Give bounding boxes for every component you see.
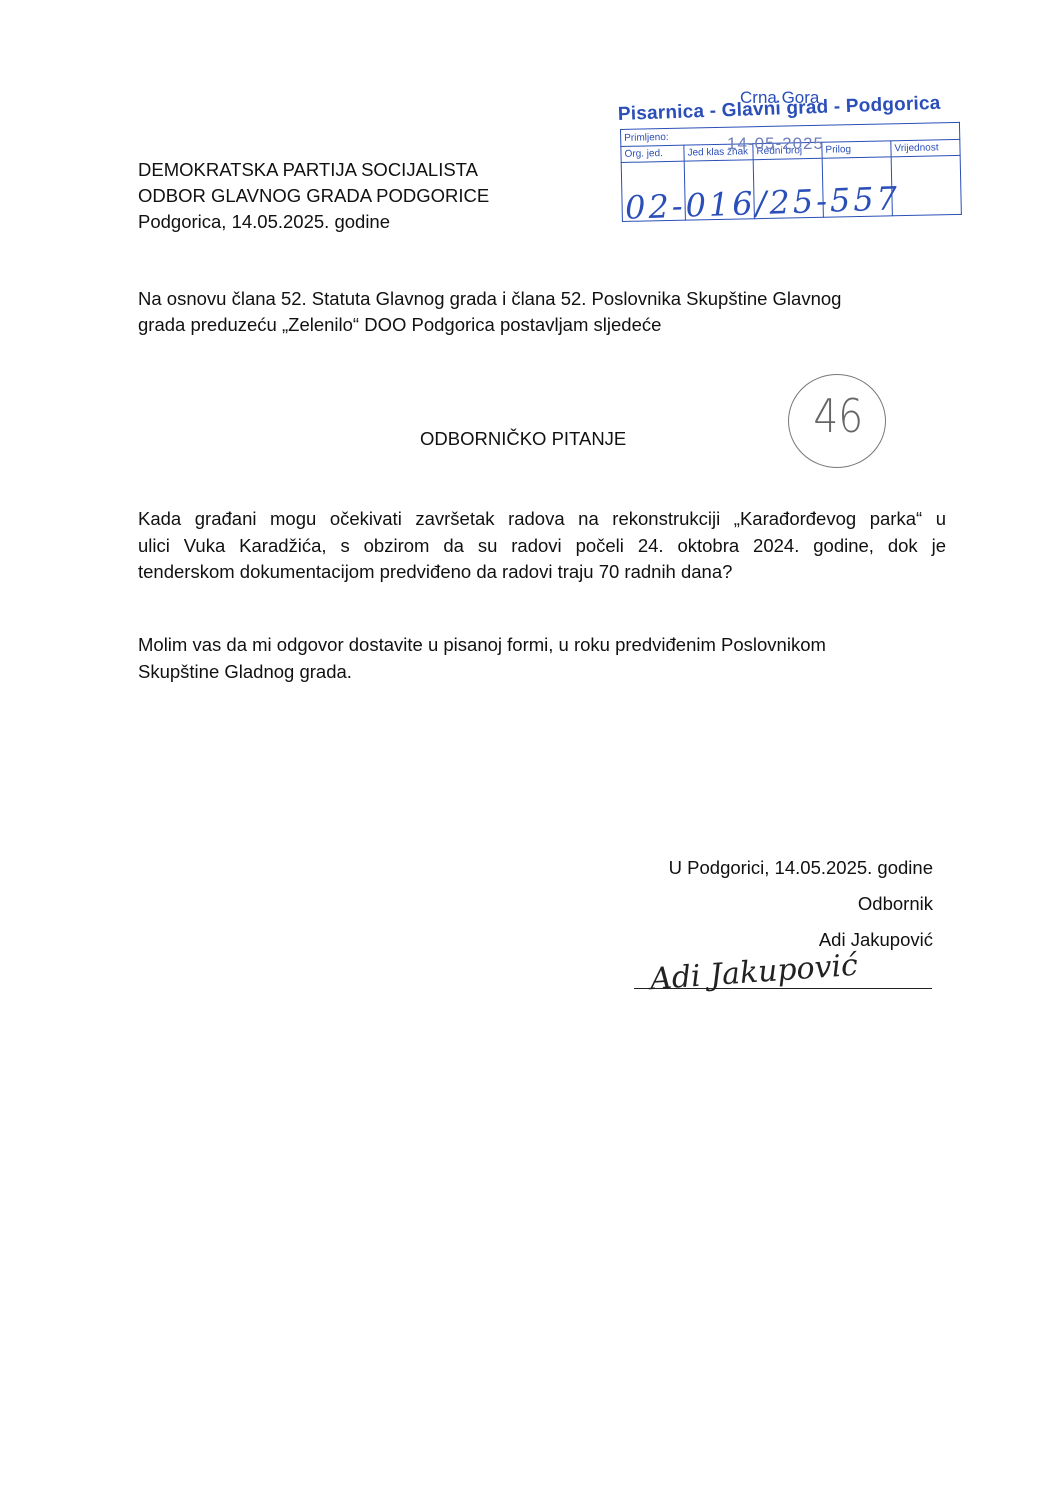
header-place-date: Podgorica, 14.05.2025. godine xyxy=(138,209,489,235)
registry-stamp: Crna Gora Pisarnica - Glavni grad - Podg… xyxy=(615,84,975,264)
request-line: Molim vas da mi odgovor dostavite u pisa… xyxy=(138,632,918,659)
question-line: ulici Vuka Karadžića, s obzirom da su ra… xyxy=(138,533,946,560)
question-line: tenderskom dokumentacijom predviđeno da … xyxy=(138,559,946,586)
closing-block: U Podgorici, 14.05.2025. godine Odbornik… xyxy=(669,850,933,958)
request-paragraph: Molim vas da mi odgovor dostavite u pisa… xyxy=(138,632,918,685)
committee-name: ODBOR GLAVNOG GRADA PODGORICE xyxy=(138,183,489,209)
stamp-office: Pisarnica - Glavni grad - Podgorica xyxy=(618,93,941,126)
document-title: ODBORNIČKO PITANJE xyxy=(420,428,626,450)
circled-number: 46 xyxy=(813,389,863,443)
request-line: Skupštine Gladnog grada. xyxy=(138,659,918,686)
signature-line xyxy=(634,988,932,989)
stamp-col-value: Vrijednost xyxy=(891,139,960,156)
stamp-received-date: 14-05-2025 xyxy=(727,134,824,154)
circled-number-mark: 46 xyxy=(788,374,886,468)
stamp-registration-number: 02-016/25-557 xyxy=(624,179,900,227)
signer-role: Odbornik xyxy=(669,886,933,922)
intro-line: Na osnovu člana 52. Statuta Glavnog grad… xyxy=(138,286,918,312)
party-name: DEMOKRATSKA PARTIJA SOCIJALISTA xyxy=(138,157,489,183)
question-paragraph: Kada građani mogu očekivati završetak ra… xyxy=(138,506,946,586)
intro-line: grada preduzeću „Zelenilo“ DOO Podgorica… xyxy=(138,312,918,338)
closing-place-date: U Podgorici, 14.05.2025. godine xyxy=(669,850,933,886)
sender-header: DEMOKRATSKA PARTIJA SOCIJALISTA ODBOR GL… xyxy=(138,157,489,235)
question-line: Kada građani mogu očekivati završetak ra… xyxy=(138,506,946,533)
intro-paragraph: Na osnovu člana 52. Statuta Glavnog grad… xyxy=(138,286,918,338)
stamp-col-org: Org. jed. xyxy=(621,145,684,162)
stamp-col-attachment: Prilog xyxy=(822,141,891,158)
